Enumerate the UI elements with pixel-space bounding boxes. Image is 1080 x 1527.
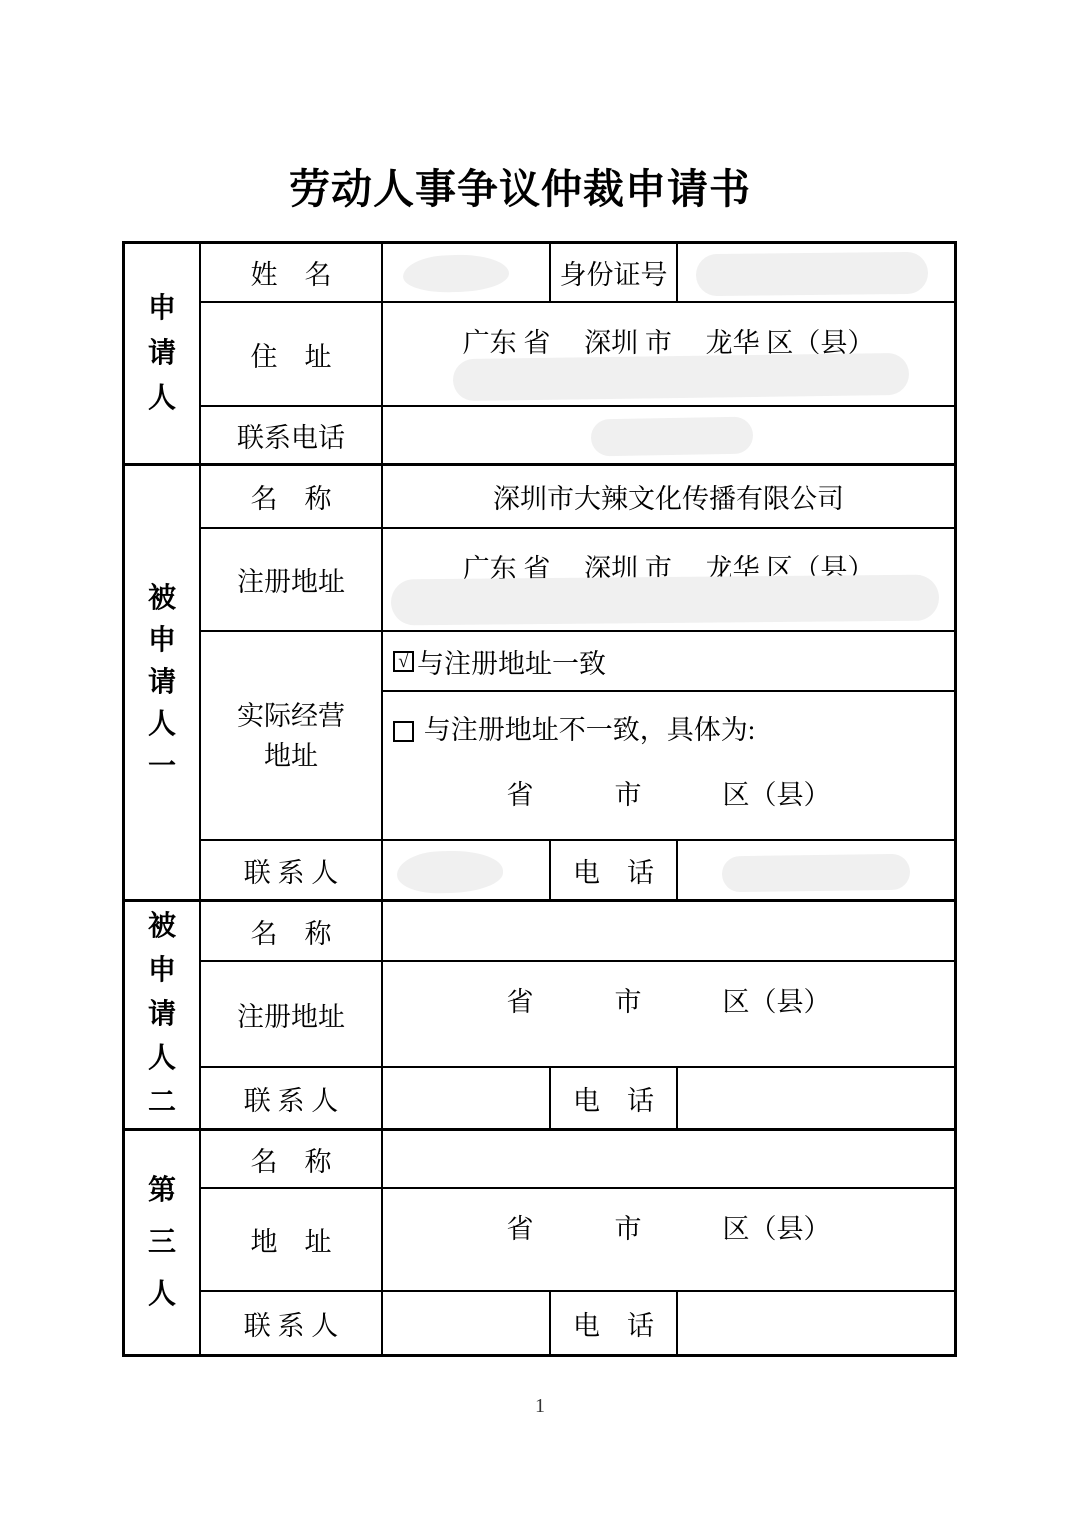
checkbox-checked-icon: √ <box>393 651 414 672</box>
third-party-contact-value <box>383 1292 551 1354</box>
respondent1-name-value: 深圳市大辣文化传播有限公司 <box>383 466 954 529</box>
respondent1-phone-label: 电 话 <box>551 841 678 902</box>
page-number: 1 <box>0 1395 1080 1418</box>
applicant-address-label: 住 址 <box>201 303 383 407</box>
respondent1-contact-value <box>383 841 551 902</box>
respondent2-province-city-district: 省 市 区（县） <box>383 980 954 1019</box>
section-label-third-party: 第三人 <box>125 1131 201 1354</box>
redaction-blob <box>453 353 910 401</box>
applicant-id-value <box>678 244 954 303</box>
respondent2-phone-label: 电 话 <box>551 1068 678 1131</box>
third-party-name-label: 名 称 <box>201 1131 383 1189</box>
respondent1-address-same-option: √ 与注册地址一致 <box>383 632 954 692</box>
respondent2-contact-label: 联 系 人 <box>201 1068 383 1131</box>
respondent2-reg-address-label: 注册地址 <box>201 962 383 1068</box>
respondent2-contact-value <box>383 1068 551 1131</box>
third-party-name-value <box>383 1131 954 1189</box>
third-party-contact-label: 联 系 人 <box>201 1292 383 1354</box>
respondent2-name-label: 名 称 <box>201 902 383 962</box>
respondent2-name-value <box>383 902 954 962</box>
respondent1-reg-address-value: 广东 省 深圳 市 龙华 区（县） <box>383 529 954 632</box>
applicant-phone-value <box>383 407 954 466</box>
document-page: 劳动人事争议仲裁申请书 申请人 姓 名 身份证号 住 址 广东 省 深圳 市 龙… <box>0 0 1080 1527</box>
respondent1-name-label: 名 称 <box>201 466 383 529</box>
checkbox-same-label: 与注册地址一致 <box>417 642 606 681</box>
redaction-blob <box>722 854 910 893</box>
document-title: 劳动人事争议仲裁申请书 <box>0 156 1040 215</box>
application-form-table: 申请人 姓 名 身份证号 住 址 广东 省 深圳 市 龙华 区（县） 联系电话 … <box>122 241 957 1357</box>
redaction-blob <box>696 252 928 296</box>
section-label-text: 被申请人一 <box>146 578 178 788</box>
respondent1-actual-address-label: 实际经营 地址 <box>201 632 383 841</box>
actual-address-label-line2: 地址 <box>237 736 345 776</box>
applicant-id-label: 身份证号 <box>551 244 678 303</box>
section-label-respondent1: 被申请人一 <box>125 466 201 902</box>
applicant-name-value <box>383 244 551 303</box>
section-label-text: 被申请人二 <box>146 905 178 1125</box>
respondent1-address-diff-option: 与注册地址不一致，具体为: 省 市 区（县） <box>383 692 954 841</box>
third-party-phone-label: 电 话 <box>551 1292 678 1354</box>
checkbox-diff-label: 与注册地址不一致，具体为: <box>424 715 756 745</box>
checkbox-unchecked-icon <box>393 721 414 742</box>
third-party-province-city-district: 省 市 区（县） <box>383 1207 954 1246</box>
section-label-respondent2: 被申请人二 <box>125 902 201 1131</box>
section-label-text: 申请人 <box>146 286 178 421</box>
applicant-name-label: 姓 名 <box>201 244 383 303</box>
section-label-applicant: 申请人 <box>125 244 201 466</box>
section-label-text: 第三人 <box>146 1165 178 1321</box>
respondent2-reg-address-value: 省 市 区（县） <box>383 962 954 1068</box>
redaction-blob <box>591 417 754 457</box>
third-party-phone-value <box>678 1292 954 1354</box>
respondent1-contact-label: 联 系 人 <box>201 841 383 902</box>
respondent2-phone-value <box>678 1068 954 1131</box>
redaction-blob <box>396 850 503 895</box>
respondent1-province-city-district: 省 市 区（县） <box>383 773 954 812</box>
third-party-address-label: 地 址 <box>201 1189 383 1292</box>
applicant-phone-label: 联系电话 <box>201 407 383 466</box>
redaction-blob <box>391 575 939 626</box>
third-party-address-value: 省 市 区（县） <box>383 1189 954 1292</box>
actual-address-label-line1: 实际经营 <box>237 696 345 736</box>
respondent1-reg-address-label: 注册地址 <box>201 529 383 632</box>
redaction-blob <box>402 253 509 294</box>
respondent1-phone-value <box>678 841 954 902</box>
applicant-address-value: 广东 省 深圳 市 龙华 区（县） <box>383 303 954 407</box>
